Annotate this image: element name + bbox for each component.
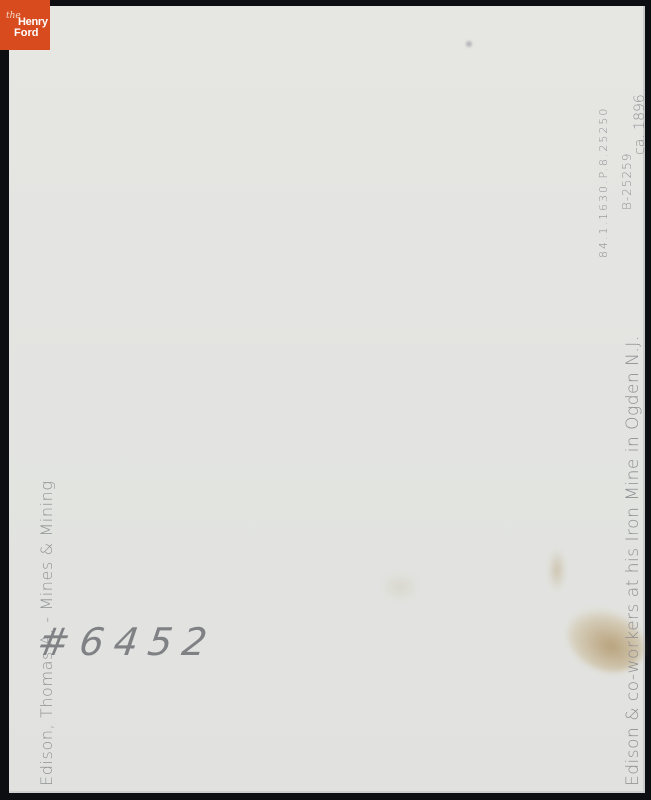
stain-mark [548, 548, 566, 592]
photo-back-paper [9, 6, 645, 793]
negative-number: B-25259 [620, 153, 634, 210]
catalog-number: #6452 [35, 620, 220, 664]
paper-speck [466, 41, 472, 47]
stain-mark [380, 572, 420, 602]
accession-number: 84.1.1630.P.8.25250 [597, 107, 610, 258]
photo-date: ca. 1896 [632, 94, 648, 155]
logo-henry: Henry [18, 17, 50, 28]
logo-ford: Ford [14, 28, 50, 39]
henry-ford-logo: the Henry Ford [0, 0, 50, 50]
photo-caption: Edison & co-workers at his Iron Mine in … [623, 335, 643, 786]
